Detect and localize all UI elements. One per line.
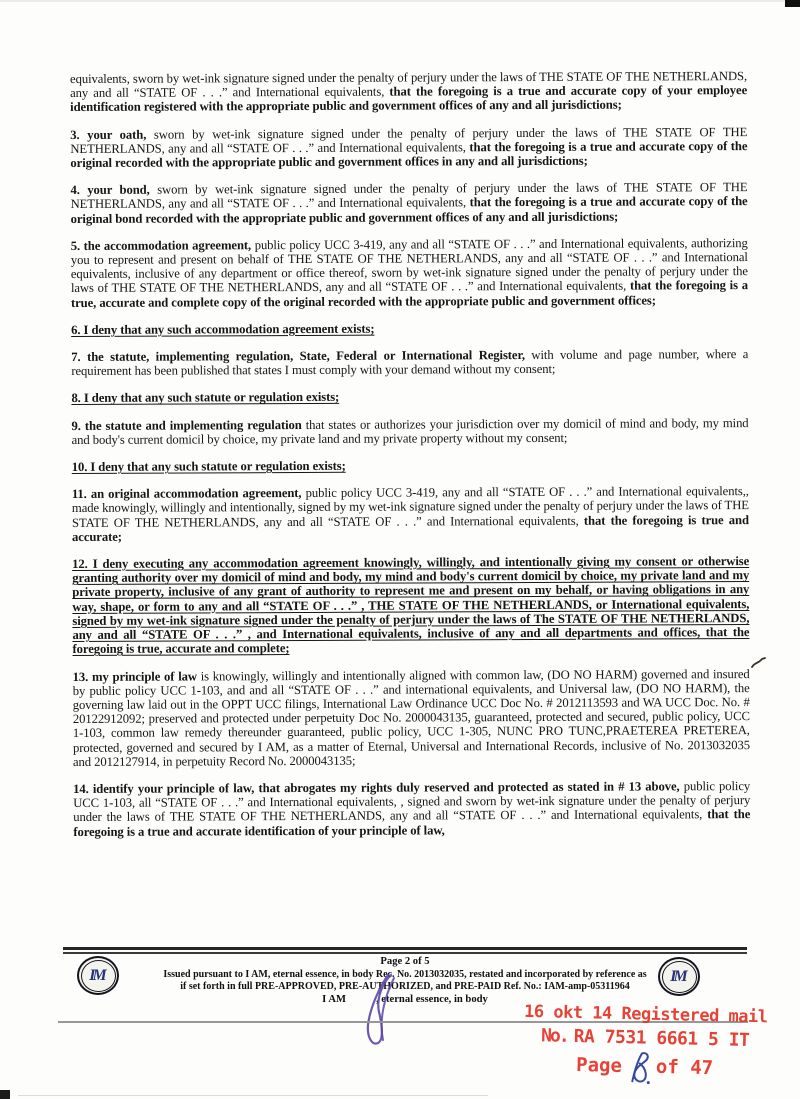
paragraph-segment: 10. I deny that any such statute or regu… [72, 459, 346, 474]
footer-iam-prefix: I AM [322, 994, 346, 1005]
paragraph: 10. I deny that any such statute or regu… [72, 457, 749, 474]
scanned-document-page: equivalents, sworn by wet-ink signature … [0, 0, 800, 1099]
pen-tick-mark [750, 655, 770, 671]
scan-edge-bottom [18, 1095, 488, 1096]
paragraph-segment: 8. I deny that any such statute or regul… [71, 390, 339, 405]
stamp-page-prefix: Page [576, 1054, 622, 1077]
paragraph-segment: 6. I deny that any such accommodation ag… [71, 322, 374, 337]
wet-ink-signature [352, 972, 414, 1048]
stamp-number-value: RA 7531 6661 5 IT [573, 1026, 749, 1051]
paragraph-segment: 13. my principle of law [73, 669, 197, 684]
footer-divider-bottom [63, 952, 747, 954]
paragraph-segment: 11. an original accommodation agreement, [72, 486, 302, 501]
stamp-number-label: No. [541, 1025, 568, 1047]
paragraph: 6. I deny that any such accommodation ag… [71, 320, 748, 337]
paragraph: 12. I deny executing any accommodation a… [72, 554, 749, 656]
paragraph-segment: 5. the accommodation agreement, [71, 238, 251, 253]
paragraph: 11. an original accommodation agreement,… [72, 484, 749, 544]
paragraph-segment: 12. I deny executing any accommodation a… [72, 554, 749, 656]
scan-edge-top [0, 0, 800, 2]
paragraph: 7. the statute, implementing regulation,… [71, 347, 748, 378]
scan-artifact-bottom-left [0, 1090, 10, 1099]
handwritten-page-number [626, 1050, 653, 1087]
registered-mail-stamp: 16 okt 14 Registered mail No.RA 7531 666… [494, 1001, 796, 1081]
paragraph: 9. the statute and implementing regulati… [72, 416, 749, 447]
paragraph-segment: 9. the statute and implementing regulati… [72, 418, 302, 433]
paragraph-segment: 4. your bond, [70, 183, 149, 197]
paragraph: 5. the accommodation agreement, public p… [71, 236, 748, 310]
scan-artifact-top-right [785, 0, 800, 7]
stamp-date-line: 16 okt 14 Registered mail [496, 1001, 796, 1028]
footer-page-label: Page 2 of 5 [63, 956, 747, 969]
paragraph: 3. your oath, sworn by wet-ink signature… [70, 125, 747, 171]
stamp-page-suffix: of 47 [656, 1056, 714, 1079]
paragraph: 13. my principle of law is knowingly, wi… [73, 667, 750, 769]
paragraph: equivalents, sworn by wet-ink signature … [70, 69, 747, 115]
paragraph-segment: 3. your oath, [70, 127, 146, 141]
stamp-page-line: Page of 47 [494, 1047, 795, 1081]
paragraph: 8. I deny that any such statute or regul… [71, 388, 748, 405]
document-body: equivalents, sworn by wet-ink signature … [70, 69, 750, 852]
paragraph: 14. identify your principle of law, that… [73, 779, 750, 839]
footer-divider-top [63, 947, 747, 950]
paragraph: 4. your bond, sworn by wet-ink signature… [70, 180, 747, 226]
